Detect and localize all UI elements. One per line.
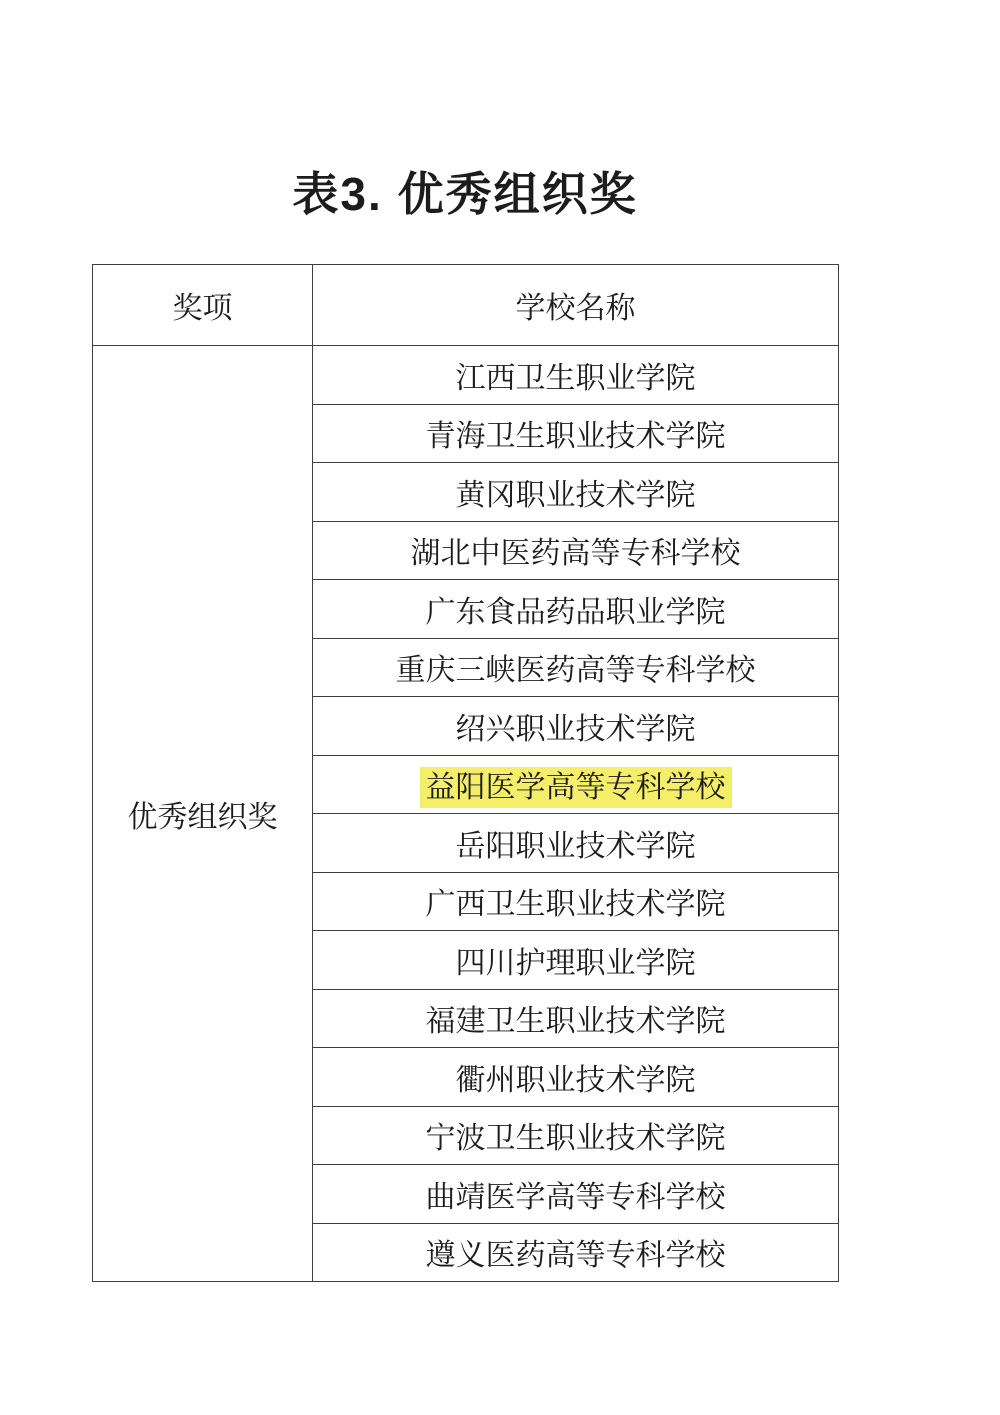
school-name: 湖北中医药高等专科学校 <box>411 537 741 570</box>
column-header-award: 奖项 <box>93 265 313 346</box>
school-name: 四川护理职业学院 <box>456 947 696 980</box>
school-name-cell: 宁波卫生职业技术学院 <box>313 1106 839 1165</box>
school-name-cell: 黄冈职业技术学院 <box>313 463 839 522</box>
school-name: 重庆三峡医药高等专科学校 <box>396 654 756 687</box>
school-name: 福建卫生职业技术学院 <box>426 1005 726 1038</box>
header-row: 奖项 学校名称 <box>93 265 839 346</box>
school-name-cell: 重庆三峡医药高等专科学校 <box>313 638 839 697</box>
highlighted-school-name: 益阳医学高等专科学校 <box>420 767 732 808</box>
school-name-cell: 江西卫生职业学院 <box>313 346 839 405</box>
school-name-cell: 广东食品药品职业学院 <box>313 580 839 639</box>
school-name: 绍兴职业技术学院 <box>456 713 696 746</box>
school-name: 岳阳职业技术学院 <box>456 830 696 863</box>
school-name: 曲靖医学高等专科学校 <box>426 1181 726 1214</box>
school-name: 广东食品药品职业学院 <box>426 596 726 629</box>
page-title: 表3. 优秀组织奖 <box>92 158 838 224</box>
school-name-cell: 绍兴职业技术学院 <box>313 697 839 756</box>
school-name: 江西卫生职业学院 <box>456 362 696 395</box>
school-name: 衢州职业技术学院 <box>456 1064 696 1097</box>
school-name: 广西卫生职业技术学院 <box>426 888 726 921</box>
school-name-cell: 益阳医学高等专科学校 <box>313 755 839 814</box>
document-page: 表3. 优秀组织奖 奖项 学校名称 优秀组织奖江西卫生职业学院青海卫生职业技术学… <box>0 0 1000 1415</box>
school-name-cell: 湖北中医药高等专科学校 <box>313 521 839 580</box>
school-name: 宁波卫生职业技术学院 <box>426 1122 726 1155</box>
award-category-cell: 优秀组织奖 <box>93 346 313 1282</box>
school-name-cell: 遵义医药高等专科学校 <box>313 1223 839 1282</box>
school-name-cell: 广西卫生职业技术学院 <box>313 872 839 931</box>
column-header-school: 学校名称 <box>313 265 839 346</box>
award-table: 奖项 学校名称 优秀组织奖江西卫生职业学院青海卫生职业技术学院黄冈职业技术学院湖… <box>92 264 839 1282</box>
school-name: 黄冈职业技术学院 <box>456 479 696 512</box>
school-name-cell: 福建卫生职业技术学院 <box>313 989 839 1048</box>
school-name-cell: 曲靖医学高等专科学校 <box>313 1165 839 1224</box>
school-name-cell: 岳阳职业技术学院 <box>313 814 839 873</box>
school-name: 青海卫生职业技术学院 <box>426 420 726 453</box>
school-name-cell: 青海卫生职业技术学院 <box>313 404 839 463</box>
school-name-cell: 四川护理职业学院 <box>313 931 839 990</box>
table-row: 优秀组织奖江西卫生职业学院 <box>93 346 839 405</box>
school-name: 遵义医药高等专科学校 <box>426 1239 726 1272</box>
school-name-cell: 衢州职业技术学院 <box>313 1048 839 1107</box>
